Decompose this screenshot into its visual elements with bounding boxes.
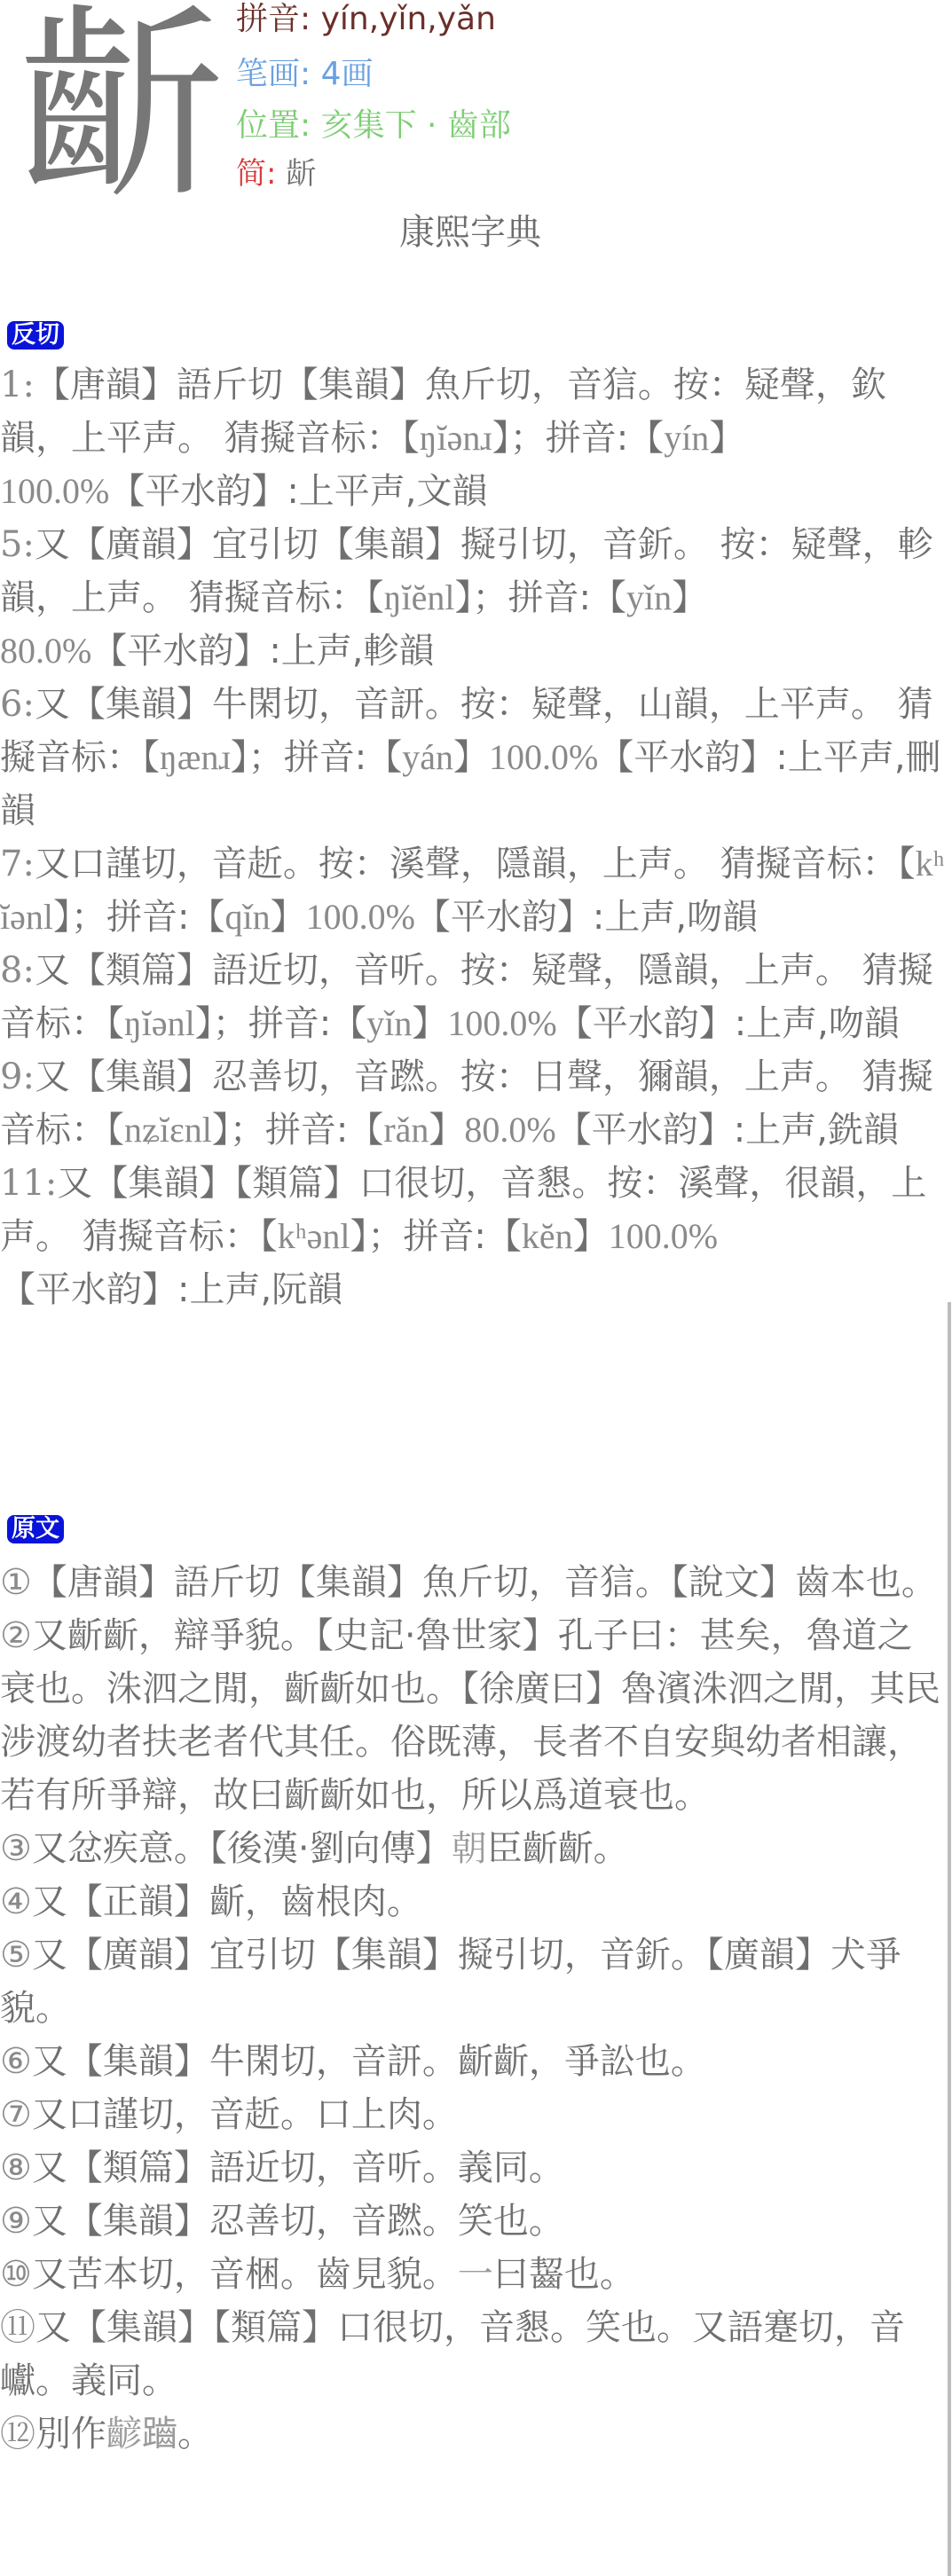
fanqie-entry: 11:又【集韻】【類篇】𡖌口很切，音懇。按：溪聲，很韻，上声。 猜擬音标：【kʰ… (0, 1157, 945, 1316)
yuanwen-section-tag: 原文 (7, 1515, 64, 1543)
match-percent: 80.0% (0, 631, 91, 671)
fanqie-entry: 8:又【類篇】語近切，音听。按：疑聲，隱韻，上声。 猜擬音标：【ŋĭənl】；拼… (0, 944, 945, 1050)
entry-number: 11: (0, 1163, 57, 1204)
entry-number: ⑥ (0, 2041, 32, 2082)
yuanwen-entry: ④又【正韻】齗，齒根肉。 (0, 1875, 945, 1928)
strokes-value: 4画 (321, 56, 374, 92)
fanqie-entry: 1:【唐韻】語斤切【集韻】魚斤切，𡖌音狺。按：疑聲，欽韻，上平声。 猜擬音标：【… (0, 358, 945, 518)
pinyin-value: rǎn (383, 1110, 429, 1150)
entry-text: 】；拼音:【 (53, 897, 224, 938)
ipa-value: ŋĭənɹ (420, 418, 492, 458)
entry-text: 又口謹切，音赾。按：溪聲，隱韻，上声。 猜擬音标：【 (35, 844, 916, 884)
yuanwen-entry: ⑥又【集韻】牛閑切，音訮。齗齗，爭訟也。 (0, 2035, 945, 2088)
fanqie-entry: 5:又【廣韻】宜引切【集韻】擬引切，𡖌音釿。 按：疑聲，軫韻，上声。 猜擬音标：… (0, 518, 945, 678)
entry-text: 別作 (35, 2414, 106, 2454)
yuanwen-entry: ⑫別作齴𪘏。 (0, 2407, 945, 2461)
entry-text: 音狺。【說文】齒本也。 (564, 1562, 937, 1603)
entry-text: 又【廣韻】宜引切【集韻】擬引切， (35, 524, 602, 565)
entry-number: ⑫ (0, 2414, 35, 2454)
headword-character: 齗 (0, 0, 235, 211)
strokes-label: 笔画: (236, 56, 311, 92)
entry-text: 又【正韻】齗，齒根肉。 (32, 1881, 422, 1922)
rhyme-text: 【平水韵】:上声,阮韻 (0, 1269, 342, 1310)
yuanwen-entry: ⑪又【集韻】【類篇】𡖌口很切，音懇。笑也。又語蹇切，音巘。義同。 (0, 2301, 945, 2407)
match-percent: 100.0% (447, 1003, 556, 1043)
entry-number: ② (0, 1615, 32, 1656)
rare-glyph: 朝 (452, 1828, 487, 1869)
entry-text: 又【類篇】語近切，音听。義同。 (32, 2148, 564, 2188)
entry-number: ⑩ (0, 2254, 32, 2295)
simplified-value[interactable]: 龂 (286, 156, 316, 192)
entry-text: 】；拼音:【 (492, 418, 664, 459)
yuanwen-entry: ①【唐韻】語斤切【集韻】魚斤切，𡖌音狺。【說文】齒本也。 (0, 1556, 945, 1609)
fanqie-section: 1:【唐韻】語斤切【集韻】魚斤切，𡖌音狺。按：疑聲，欽韻，上平声。 猜擬音标：【… (0, 358, 945, 1316)
yuanwen-entry: ②又齗齗，辯爭貌。【史記·魯世家】孔子曰：甚矣，魯道之衰也。洙泗之閒，齗齗如也。… (0, 1609, 945, 1822)
entry-text: 】；拼音:【 (454, 577, 625, 618)
scrollbar[interactable] (948, 1302, 951, 2576)
ipa-value: kʰənl (278, 1216, 350, 1256)
entry-text: 】 (573, 1216, 609, 1257)
entry-text: 【唐韻】語斤切【集韻】魚斤切， (32, 1562, 564, 1603)
entry-text: 】 (453, 737, 489, 778)
fanqie-entry: 9:又【集韻】忍善切，音蹨。按：日聲，獮韻，上声。 猜擬音标：【nʑĭɛnl】；… (0, 1050, 945, 1157)
pinyin-value: yín (664, 418, 709, 458)
entry-number: ⑧ (0, 2148, 32, 2188)
fanqie-section-tag: 反切 (7, 321, 64, 349)
entry-number: 6: (0, 684, 35, 725)
entry-number: ⑪ (0, 2307, 35, 2348)
entry-text: 。 (177, 2414, 213, 2454)
rhyme-text: 【平水韵】:上声,軫韻 (91, 631, 434, 671)
entry-text: 曰齧也。 (493, 2254, 635, 2295)
entry-text: 】；拼音:【 (212, 1110, 383, 1151)
entry-text: 又齗齗，辯爭貌。【史記·魯世家】孔子曰：甚矣，魯道之衰也。洙泗之閒，齗齗如也。【… (0, 1615, 940, 1816)
character-header: 齗 拼音: yín,yǐn,yǎn 笔画: 4画 位置: 亥集下 · 齒部 简:… (0, 0, 952, 266)
match-percent: 100.0% (489, 737, 598, 777)
yuanwen-entry: ⑧又【類篇】語近切，音听。義同。 (0, 2141, 945, 2195)
entry-number: ⑦ (0, 2094, 32, 2135)
rhyme-text: 【平水韵】:上平声,文韻 (109, 471, 487, 512)
yuanwen-entry: ⑦又口謹切，音赾。口上肉。 (0, 2088, 945, 2141)
entry-text: 】 (429, 1110, 464, 1151)
entry-text: 】 (672, 577, 707, 618)
ipa-value: nʑĭɛnl (124, 1110, 212, 1150)
ipa-value: ŋĭĕnl (384, 577, 455, 617)
position-row: 位置: 亥集下 · 齒部 (236, 105, 511, 147)
pinyin-value: yín,yǐn,yǎn (321, 1, 496, 37)
entry-text: 又【集韻】【類篇】 (35, 2307, 337, 2348)
rhyme-text: 【平水韵】:上声,銑韻 (556, 1110, 899, 1151)
entry-text: 【唐韻】語斤切【集韻】魚斤切， (35, 365, 567, 405)
entry-text: 又口謹切，音赾。口上肉。 (32, 2094, 458, 2135)
entry-number: ① (0, 1562, 32, 1603)
entry-text: 】；拼音:【 (350, 1216, 521, 1257)
entry-text: 】；拼音:【 (195, 1003, 366, 1044)
entry-number: ⑤ (0, 1935, 32, 1975)
pinyin-value: yǐn (626, 577, 672, 617)
rhyme-text: 【平水韵】:上声,吻韻 (557, 1003, 900, 1044)
rhyme-text: 【平水韵】:上声,吻韻 (415, 897, 758, 938)
match-percent: 100.0% (609, 1216, 718, 1256)
yuanwen-entry: ⑤又【廣韻】宜引切【集韻】擬引切，𡖌音釿。【廣韻】犬爭貌。 (0, 1928, 945, 2035)
fanqie-entry: 6:又【集韻】牛閑切，音訮。按：疑聲，山韻，上平声。 猜擬音标：【ŋænɹ】；拼… (0, 678, 945, 837)
yuanwen-section: ①【唐韻】語斤切【集韻】魚斤切，𡖌音狺。【說文】齒本也。 ②又齗齗，辯爭貌。【史… (0, 1556, 945, 2461)
entry-text: 】 (271, 897, 306, 938)
dictionary-title: 康熙字典 (399, 209, 541, 255)
yuanwen-entry: ③又忿疾意。【後漢·劉向傳】朝臣齗齗。 (0, 1822, 945, 1875)
pinyin-value: yǐn (366, 1003, 412, 1043)
entry-text: 又【集韻】忍善切，音蹨。笑也。 (32, 2201, 564, 2242)
entry-number: 7: (0, 844, 35, 884)
fanqie-entry: 7:又口謹切，音赾。按：溪聲，隱韻，上声。 猜擬音标：【kʰĭənl】；拼音:【… (0, 837, 945, 944)
entry-number: ③ (0, 1828, 32, 1869)
pinyin-value: yán (402, 737, 453, 777)
entry-number: ⑨ (0, 2201, 32, 2242)
position-label: 位置: (236, 107, 311, 144)
entry-text: 】；拼音:【 (231, 737, 402, 778)
match-percent: 100.0% (306, 897, 415, 937)
strokes-row: 笔画: 4画 (236, 53, 374, 96)
match-percent: 100.0% (0, 471, 109, 511)
simplified-label: 简: (236, 156, 276, 192)
yuanwen-entry: ⑩又苦本切，音梱。齒見貌。一曰齧也。 (0, 2248, 945, 2301)
ipa-value: ŋænɹ (160, 737, 231, 777)
entry-text: 又【集韻】【類篇】 (57, 1163, 358, 1204)
entry-text: 又苦本切，音梱。齒見貌。 (32, 2254, 458, 2295)
entry-number: 8: (0, 950, 35, 991)
ipa-value: ŋĭənl (124, 1003, 195, 1043)
match-percent: 80.0% (464, 1110, 555, 1150)
yuanwen-entry: ⑨又【集韻】忍善切，音蹨。笑也。 (0, 2195, 945, 2248)
entry-text: 又【廣韻】宜引切【集韻】擬引切， (32, 1935, 600, 1975)
entry-text: 臣齗齗。 (487, 1828, 629, 1869)
entry-number: ④ (0, 1881, 32, 1922)
pinyin-label: 拼音: (236, 1, 311, 37)
entry-text: 】 (412, 1003, 447, 1044)
entry-text: 又忿疾意。【後漢·劉向傳】 (32, 1828, 452, 1869)
entry-number: 5: (0, 524, 35, 565)
entry-text: 】 (709, 418, 744, 459)
rare-glyph: 齴𪘏 (106, 2414, 177, 2454)
pinyin-value: qǐn (224, 897, 270, 937)
entry-number: 1: (0, 365, 35, 405)
entry-number: 9: (0, 1056, 35, 1097)
pinyin-value: kĕn (522, 1216, 573, 1256)
entry-text: 又【集韻】牛閑切，音訮。齗齗，爭訟也。 (32, 2041, 706, 2082)
simplified-row: 简: 龂 (236, 153, 316, 195)
rare-glyph: 一 (458, 2254, 493, 2295)
pinyin-row: 拼音: yín,yǐn,yǎn (236, 0, 496, 41)
position-value: 亥集下 · 齒部 (321, 107, 511, 144)
